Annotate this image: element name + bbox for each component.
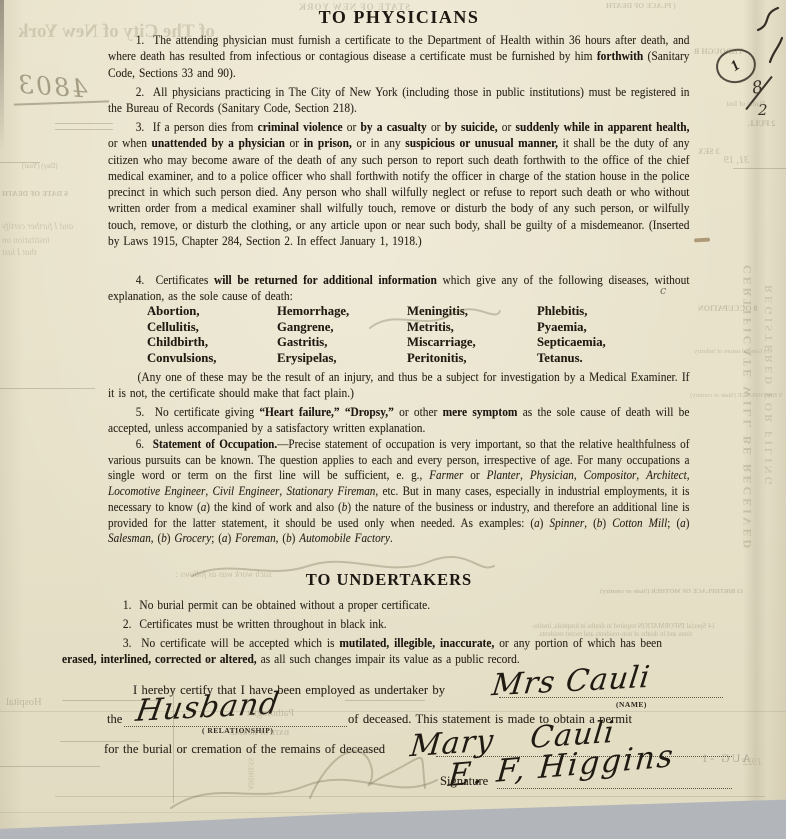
text-segment: ) — [228, 531, 236, 545]
bleed-fragment: DATE OF BURIAL — [230, 729, 289, 737]
bleed-line — [0, 812, 786, 813]
bleed-fragment-vertical: REGISTERED FOR FILING — [763, 285, 775, 685]
text-segment: by a casualty — [360, 120, 426, 134]
text-segment: ) — [540, 516, 550, 530]
text-segment: Salesman — [108, 531, 151, 545]
text-segment: Locomotive Engineer — [108, 484, 205, 498]
text-segment: ) — [686, 516, 690, 530]
bleed-fragment: STATE OF NEW YORK — [298, 2, 410, 12]
certify-line-2-the: the — [107, 712, 122, 727]
disease-item: Erysipelas, — [277, 351, 407, 367]
bleed-handwriting-squiggle — [365, 303, 505, 335]
text-segment: criminal violence — [258, 120, 343, 134]
name-label: (NAME) — [616, 700, 647, 709]
bleed-line — [55, 123, 113, 124]
text-segment: , — [520, 468, 530, 482]
physicians-paragraph-3: 3. If a person dies from criminal violen… — [108, 119, 689, 249]
bleed-line — [0, 766, 100, 767]
diseases-note: (Any one of these may be the result of a… — [108, 369, 689, 402]
text-segment: ) the kind of work and also ( — [206, 500, 341, 514]
bleed-fragment: Pathologist — [247, 708, 294, 719]
document-page: TO PHYSICIANS 1. The attending physician… — [0, 0, 786, 839]
text-segment: or when — [108, 136, 152, 150]
disease-item: Gastritis, — [277, 335, 407, 351]
pen-squiggle-mark — [752, 2, 786, 64]
text-segment: 5. No certificate giving — [136, 405, 260, 419]
text-segment: mere symptom — [443, 405, 518, 419]
text-segment: or — [343, 120, 361, 134]
bleed-line — [0, 162, 40, 163]
bleed-fragment: (Day) (Year) — [22, 162, 58, 170]
circled-number-value: 1 — [728, 57, 744, 75]
bleed-fragment: and I further certify — [2, 221, 73, 231]
text-segment: suspicious or unusual manner, — [405, 136, 558, 150]
bleed-fragment: THROUGH B — [694, 47, 743, 56]
bleed-line — [62, 700, 162, 701]
bleed-handwriting-squiggle — [188, 556, 498, 582]
disease-item: Peritonitis, — [407, 351, 537, 367]
text-segment: or any portion of which has been — [494, 636, 662, 650]
text-segment: Farmer — [429, 468, 463, 482]
text-segment: or — [285, 136, 304, 150]
physicians-paragraph-2: 2. All physicians practicing in The City… — [108, 84, 689, 117]
text-segment: will be returned for additional informat… — [214, 273, 437, 287]
text-segment: , — [574, 468, 584, 482]
text-segment: or in any — [352, 136, 405, 150]
text-segment: 3. If a person dies from — [136, 120, 258, 134]
text-segment: erased, interlined, corrected or altered… — [62, 652, 257, 666]
text-segment: Planter — [487, 468, 520, 482]
mirrored-ledger-number: 4803 — [15, 70, 88, 104]
text-segment: . — [390, 531, 393, 545]
text-segment: (Any one of these may be the result of a… — [108, 370, 689, 400]
text-segment: Compositor — [584, 468, 637, 482]
bleed-fragment: 1922 — [742, 757, 762, 768]
text-segment: 4. Certificates — [136, 273, 214, 287]
text-segment: Cotton Mill — [612, 516, 667, 530]
bleed-fragment: 14 Special INFORMATION required in death… — [532, 623, 715, 630]
disease-item: Phlebitis, — [537, 304, 667, 320]
physicians-paragraph-4: 4. Certificates will be returned for add… — [108, 272, 689, 305]
bleed-fragment: 6 DATE OF DEATH — [2, 189, 68, 198]
bleed-fragment: Name of Inst — [726, 99, 765, 108]
text-segment: Civil Engineer — [212, 484, 279, 498]
text-segment: suddenly while in apparent health, — [516, 120, 690, 134]
text-segment: Statement of Occupation. — [153, 437, 277, 451]
text-segment: “Heart failure,” “Dropsy,” — [259, 405, 394, 419]
scan-background: TO PHYSICIANS 1. The attending physician… — [0, 0, 786, 839]
text-segment: or — [463, 468, 486, 482]
bleed-line — [60, 741, 140, 742]
ledger-underline — [14, 100, 109, 105]
bleed-fragment: (b) General nature of industry — [694, 348, 772, 355]
text-segment: , — [636, 468, 646, 482]
bleed-fragment: 2 FULL — [748, 119, 775, 128]
disease-item: Cellulitis, — [147, 320, 277, 336]
text-segment: Architect — [646, 468, 687, 482]
text-segment: Spinner — [549, 516, 584, 530]
stray-pen-mark: c — [660, 284, 666, 297]
text-segment: , ( — [151, 531, 161, 545]
text-segment: Stationary Fireman — [287, 484, 376, 498]
text-segment: 3. No certificate will be accepted which… — [123, 636, 339, 650]
text-segment: 6. — [136, 437, 153, 451]
disease-item: Septicaemia, — [537, 335, 667, 351]
bleed-line — [55, 129, 113, 130]
disease-item: Convulsions, — [147, 351, 277, 367]
disease-item: Tetanus. — [537, 351, 667, 367]
text-segment: or — [427, 120, 445, 134]
text-segment: , ( — [584, 516, 597, 530]
physicians-paragraph-5: 5. No certificate giving “Heart failure,… — [108, 404, 689, 437]
text-segment: or — [498, 120, 516, 134]
text-segment: Automobile Factory — [299, 531, 390, 545]
bleed-fragment: that I last — [2, 247, 37, 257]
text-segment: 1. No burial permit can be obtained with… — [123, 598, 430, 612]
disease-item: Pyaemia, — [537, 320, 667, 336]
bleed-line — [0, 388, 95, 389]
physicians-paragraph-6: 6. Statement of Occupation.—Precise stat… — [108, 437, 689, 547]
text-segment: , ( — [276, 531, 286, 545]
text-segment: Foreman — [235, 531, 276, 545]
text-segment: in prison, — [304, 136, 352, 150]
disease-item: Abortion, — [147, 304, 277, 320]
bleed-handwriting-squiggle — [165, 768, 445, 816]
bleed-fragment: ( PLACE OF DEATH — [606, 1, 676, 10]
text-segment: ; ( — [667, 516, 680, 530]
text-segment: or other — [394, 405, 443, 419]
bleed-fragment: 13 BIRTHPLACE OF MOTHER (State or countr… — [600, 588, 744, 595]
bleed-line — [345, 700, 425, 701]
bleed-line — [0, 711, 786, 712]
text-segment: forthwith — [597, 49, 643, 63]
ink-smudge — [694, 238, 710, 243]
bleed-fragment: 31, 19 — [724, 155, 749, 166]
disease-item: Miscarriage, — [407, 335, 537, 351]
bleed-fragment: of The City of New York — [18, 21, 215, 43]
text-segment: mutilated, illegible, inaccurate, — [339, 636, 494, 650]
disease-item: Childbirth, — [147, 335, 277, 351]
text-segment: it shall be the duty of any citizen who … — [108, 136, 689, 248]
text-segment: Grocery — [174, 531, 211, 545]
text-segment: , — [687, 468, 690, 482]
text-segment: ; ( — [211, 531, 222, 545]
text-segment: 2. All physicians practicing in The City… — [108, 85, 689, 115]
text-segment: by suicide, — [445, 120, 498, 134]
text-segment: unattended by a physician — [152, 136, 285, 150]
text-segment: Physician — [530, 468, 574, 482]
undertakers-item-1: 1. No burial permit can be obtained with… — [62, 597, 662, 613]
text-segment: as all such changes impair its value as … — [257, 652, 520, 666]
text-segment: ) — [167, 531, 175, 545]
bleed-line — [733, 168, 786, 169]
bleed-fragment-vertical: CERTIFICATE WILL BE RECEIVED — [740, 265, 755, 695]
bleed-fragment: 3 SEX — [698, 147, 720, 156]
text-segment: ) — [602, 516, 612, 530]
scan-edge-shadow — [0, 0, 4, 150]
bleed-fragment: Hospital — [6, 697, 42, 708]
text-segment: 2. Certificates must be written througho… — [123, 617, 387, 631]
bleed-fragment: institution on — [2, 235, 50, 245]
bleed-fragment: tions and in deaths of non-residents and… — [538, 631, 692, 638]
undertakers-item-3: 3. No certificate will be accepted which… — [62, 635, 662, 668]
